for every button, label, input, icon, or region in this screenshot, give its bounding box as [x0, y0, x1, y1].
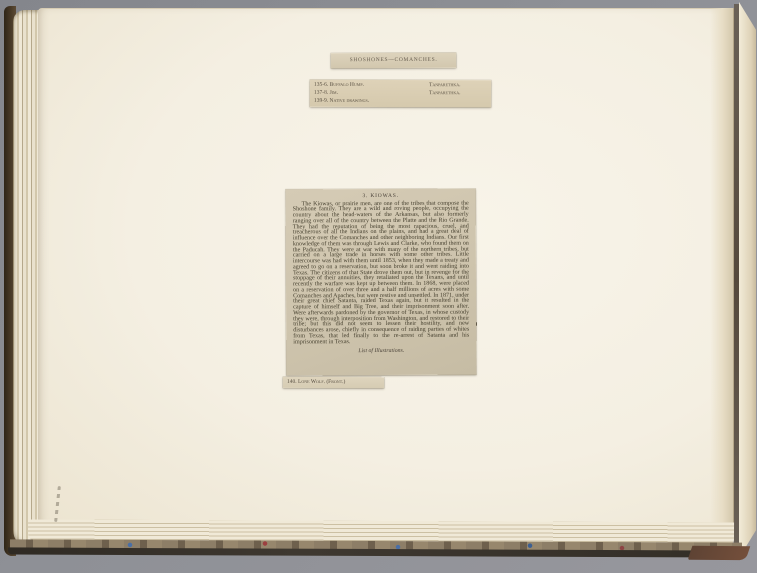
kiowas-text-clipping: 3. KIOWAS. The Kiowas, or prairie men, a…: [286, 189, 477, 376]
catalog-tribe: Tanparethka.: [429, 89, 491, 97]
cover-corner: [688, 546, 751, 560]
catalog-row: 139-9. Native drawings.: [310, 97, 491, 106]
page-fore-edge: [710, 8, 734, 532]
catalog-entry: 139-9. Native drawings.: [310, 97, 429, 105]
catalog-entry: 135-6. Buffalo Hump.: [310, 81, 429, 89]
lone-wolf-caption-strip: 140. Lone Wolf. (Front.): [283, 377, 384, 388]
catalog-entry: 137-8. Jim.: [310, 89, 429, 97]
catalog-tribe: [429, 97, 491, 105]
clipping-footer: List of Illustrations.: [293, 348, 469, 355]
right-cover-edge: [739, 2, 756, 558]
clipping-body: The Kiowas, or prairie men, are one of t…: [293, 201, 470, 346]
catalog-tribe: Tanparethka.: [429, 81, 491, 89]
album-photograph: SHOSHONES—COMANCHES. 135-6. Buffalo Hump…: [0, 0, 757, 573]
catalog-list-strip: 135-6. Buffalo Hump. Tanparethka. 137-8.…: [310, 80, 491, 107]
page-gap-shadow: [734, 4, 739, 552]
section-header-strip: SHOSHONES—COMANCHES.: [331, 53, 456, 68]
clipping-title: 3. KIOWAS.: [293, 193, 469, 200]
